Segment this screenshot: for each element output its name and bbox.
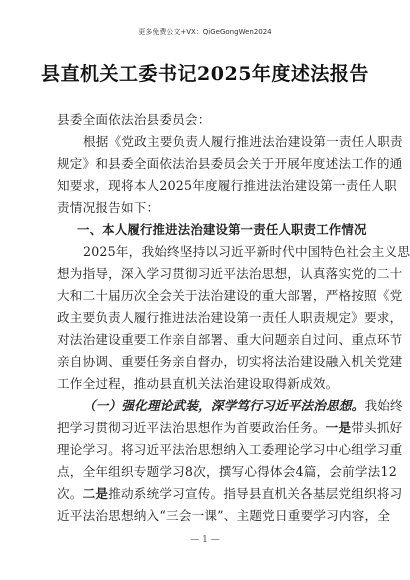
subsection-heading: （一）强化理论武装，深学笃行习近平法治思想。 xyxy=(83,398,364,413)
page-number: — 1 — xyxy=(0,535,410,545)
section-heading: 一、本人履行推进法治建设第一责任人职责工作情况 xyxy=(57,219,357,241)
body-text: 次。 xyxy=(57,486,83,501)
body-line: 次。二是推动系统学习宣传。指导县直机关各基层党组织将习 xyxy=(57,483,357,505)
header-watermark-note: 更多免费公文+VX：QiGeGongWen2024 xyxy=(0,27,410,37)
body-line: 2025年，我始终坚持以习近平新时代中国特色社会主义思 xyxy=(57,241,357,263)
body-text: 把学习贯彻习近平法治思想作为首要政治任务。 xyxy=(57,420,326,435)
body-line: 理论学习。将习近平法治思想纳入工委理论学习中心组学习重 xyxy=(57,439,357,461)
bold-marker: 一是 xyxy=(326,420,352,435)
body-line: 工作全过程，推动县直机关法治建设取得新成效。 xyxy=(57,373,357,395)
document-body: 县委全面依法治县委员会： 根据《党政主要负责人履行推进法治建设第一责任人职责 规… xyxy=(57,109,357,527)
body-text: 带头抓好 xyxy=(351,420,402,435)
body-line: 大和二十届历次全会关于法治建设的重大部署，严格按照《党 xyxy=(57,285,357,307)
body-line: 政主要负责人履行推进法治建设第一责任人职责规定》要求， xyxy=(57,307,357,329)
body-line: 对法治建设重要工作亲自部署、重大问题亲自过问、重点环节 xyxy=(57,329,357,351)
body-line: 知要求，现将本人2025年度履行推进法治建设第一责任人职 xyxy=(57,175,357,197)
body-line: 亲自协调、重要任务亲自督办，切实将法治建设融入机关党建 xyxy=(57,351,357,373)
salutation: 县委全面依法治县委员会： xyxy=(57,109,357,131)
subsection-line: （一）强化理论武装，深学笃行习近平法治思想。我始终 xyxy=(57,395,357,417)
subsection-text: 我始终 xyxy=(364,398,402,413)
body-text: 推动系统学习宣传。指导县直机关各基层党组织将习 xyxy=(108,486,402,501)
body-line: 根据《党政主要负责人履行推进法治建设第一责任人职责 xyxy=(57,131,357,153)
body-line: 想为指导，深入学习贯彻习近平法治思想，认真落实党的二十 xyxy=(57,263,357,285)
body-line: 规定》和县委全面依法治县委员会关于开展年度述法工作的通 xyxy=(57,153,357,175)
body-line: 点，全年组织专题学习8次，撰写心得体会4篇，会前学法12 xyxy=(57,461,357,483)
body-line: 近平法治思想纳入“三会一课”、主题党日重要学习内容，全 xyxy=(57,505,357,527)
document-title: 县直机关工委书记2025年度述法报告 xyxy=(0,59,410,86)
bold-marker: 二是 xyxy=(83,486,109,501)
body-line: 责情况报告如下： xyxy=(57,197,357,219)
body-line: 把学习贯彻习近平法治思想作为首要政治任务。一是带头抓好 xyxy=(57,417,357,439)
